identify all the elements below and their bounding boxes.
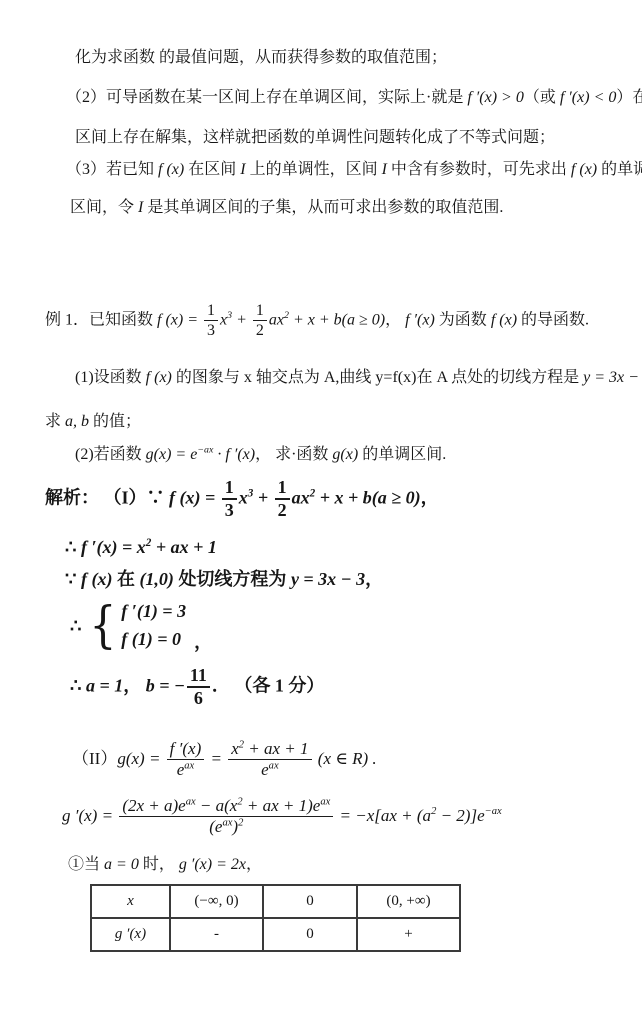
solution-line-1: 解析： （I）∵ f (x) = 13x3 + 12ax2 + x + b(a … [45, 478, 439, 521]
because-symbol: ∵ [65, 569, 81, 589]
text-run: ， [365, 569, 383, 589]
equation-system: ∴ { f ′(1) = 3 f (1) = 0 ， [70, 598, 212, 654]
math-run: f (x) [81, 569, 112, 589]
exponent: ax [320, 796, 330, 807]
fraction-derivative: (2x + a)eax − a(x2 + ax + 1)eax(eax)2 [119, 797, 333, 837]
math-run: a = 1 [86, 676, 123, 696]
math-run: = −x[ax + (a [335, 806, 431, 825]
math-run: + x + b(a ≥ 0) [315, 488, 420, 508]
math-run: f ′(x) = x [81, 537, 146, 557]
text-run: ， [246, 856, 262, 873]
text-run: 的导函数. [517, 311, 589, 328]
text-run: (1)设函数 [75, 369, 146, 386]
text-run: ， 求·函数 [255, 446, 332, 463]
math-run: − 2)]e [436, 806, 484, 825]
solution-line-2: ∴ f ′(x) = x2 + ax + 1 [65, 536, 217, 559]
fraction-denominator: 3 [222, 500, 237, 520]
text-run: 的单调区间. [358, 446, 446, 463]
fraction-numerator: (2x + a)eax − a(x2 + ax + 1)eax [119, 797, 333, 817]
text-run: 为函数 [435, 311, 491, 328]
fraction-one-half: 12 [275, 478, 290, 521]
math-run: f (x) [491, 311, 517, 328]
system-equations: f ′(1) = 3 f (1) = 0 [121, 598, 186, 654]
fraction-denominator: 3 [204, 321, 218, 339]
fraction-one-half: 12 [253, 302, 267, 340]
sign-table: x (−∞, 0) 0 (0, +∞) g ′(x) - 0 + [90, 884, 461, 952]
fraction-one-third: 13 [204, 302, 218, 340]
text-run: 区间上存在解集，这样就把函数的单调性问题转化成了不等式问题； [75, 129, 555, 146]
text-run: ， [421, 488, 439, 508]
math-run: g ′(x) = [62, 806, 117, 825]
text-run: 的值； [89, 413, 141, 430]
math-run: (x ∈ R) . [314, 749, 377, 768]
table-cell-sign-negative: - [170, 918, 263, 951]
math-run: x [231, 739, 239, 758]
text-run: 时， [139, 856, 179, 873]
solution2-line-1: （II）g(x) = f ′(x)eax = x2 + ax + 1eax (x… [72, 740, 377, 780]
therefore-symbol: ∴ [70, 615, 81, 638]
text-run: ， [194, 631, 212, 654]
text-run: 是其单调区间的子集，从而可求出参数的取值范围. [143, 199, 503, 216]
text-run: 求 [45, 413, 65, 430]
exponent: −ax [197, 445, 213, 456]
fraction-denominator: 6 [187, 688, 210, 708]
text-run: （2）可导函数在某一区间上存在单调区间，实际上·就是 [66, 89, 467, 106]
math-run: = [206, 749, 226, 768]
math-run: + ax + 1)e [243, 796, 321, 815]
therefore-symbol: ∴ [70, 676, 86, 696]
math-run: x [239, 488, 248, 508]
text-run: ． [212, 676, 235, 696]
math-run: f (x) [158, 161, 184, 178]
exponent: ax [186, 796, 196, 807]
solution-line-3: ∵ f (x) 在 (1,0) 处切线方程为 y = 3x − 3， [65, 568, 383, 591]
example-line-3: 求 a, b 的值； [45, 412, 141, 432]
example-line-2: (1)设函数 f (x) 的图象与 x 轴交点为 A,曲线 y=f(x)在 A … [75, 368, 642, 388]
text-run: 的单调 [597, 161, 642, 178]
text-run: 区间，令 [70, 199, 138, 216]
because-symbol: ∵ [147, 488, 170, 508]
text-run: ， [385, 311, 405, 328]
solution-result-line: ∴ a = 1， b = −116． （各 1 分） [70, 666, 324, 709]
fraction-numerator: 1 [222, 478, 237, 500]
part-label: （II） [72, 749, 117, 768]
math-run: y = 3x − 3 [583, 369, 642, 386]
solution-label: 解析： [45, 488, 104, 508]
math-run: − a(x [196, 796, 238, 815]
fraction-one-third: 13 [222, 478, 237, 521]
text-run: 例 1．已知函数 [45, 311, 157, 328]
math-run: g(x) = [117, 749, 164, 768]
system-equation-bottom: f (1) = 0 [121, 626, 186, 654]
case-label: ①当 [68, 856, 104, 873]
text-run: 上的单调性，区间 [246, 161, 382, 178]
table-cell-interval-negative: (−∞, 0) [170, 885, 263, 918]
math-run: e [261, 760, 269, 779]
score-note: （各 1 分） [234, 676, 324, 696]
table-row: x (−∞, 0) 0 (0, +∞) [91, 885, 460, 918]
text-run: (2)若函数 [75, 446, 146, 463]
table-cell-x-header: x [91, 885, 170, 918]
math-run: a, b [65, 413, 89, 430]
fraction-numerator: 1 [275, 478, 290, 500]
fraction-denominator: 2 [253, 321, 267, 339]
math-run: f ′(x) > 0 [467, 89, 524, 106]
example-line-4: (2)若函数 g(x) = e−ax · f ′(x)， 求·函数 g(x) 的… [75, 445, 446, 465]
exponent: 2 [238, 818, 243, 829]
math-run: g(x) = e [146, 446, 198, 463]
exponent: ax [222, 818, 232, 829]
math-run: f (x) [146, 369, 172, 386]
intro-line-2: （2）可导函数在某一区间上存在单调区间，实际上·就是 f ′(x) > 0（或 … [66, 88, 642, 108]
part-label: （I） [104, 488, 147, 508]
math-run: b = − [146, 676, 185, 696]
fraction-numerator: 1 [204, 302, 218, 321]
table-cell-zero: 0 [263, 885, 357, 918]
table-row: g ′(x) - 0 + [91, 918, 460, 951]
left-brace: { [90, 603, 117, 648]
math-run: f (x) [571, 161, 597, 178]
math-run: ax [292, 488, 310, 508]
intro-line-4: （3）若已知 f (x) 在区间 I 上的单调性，区间 I 中含有参数时，可先求… [66, 160, 642, 180]
text-run: ）在该 [616, 89, 642, 106]
math-run: (2x + a)e [122, 796, 185, 815]
therefore-symbol: ∴ [65, 537, 81, 557]
math-run: + [232, 311, 251, 328]
math-run: g ′(x) = 2x [179, 856, 246, 873]
math-run: + ax + 1 [244, 739, 309, 758]
table-cell-gprime-header: g ′(x) [91, 918, 170, 951]
text-run: 化为求函数 的最值问题，从而获得参数的取值范围； [75, 49, 447, 66]
exponent: ax [184, 761, 194, 772]
document-page: 化为求函数 的最值问题，从而获得参数的取值范围； （2）可导函数在某一区间上存在… [0, 0, 642, 1030]
fraction-denominator: 2 [275, 500, 290, 520]
math-run: a = 0 [104, 856, 139, 873]
text-run: 的图象与 x 轴交点为 A,曲线 y=f(x)在 A 点处的切线方程是 [172, 369, 583, 386]
text-run: （或 [524, 89, 560, 106]
fraction-gx-definition: f ′(x)eax [167, 740, 205, 780]
text-run: 在 [112, 569, 139, 589]
math-run: + ax + 1 [151, 537, 217, 557]
fraction-numerator: x2 + ax + 1 [228, 740, 311, 760]
text-run: 处切线方程为 [174, 569, 291, 589]
fraction-denominator: eax [167, 760, 205, 779]
intro-line-3: 区间上存在解集，这样就把函数的单调性问题转化成了不等式问题； [75, 128, 555, 148]
text-run: （3）若已知 [66, 161, 158, 178]
solution2-line-2: g ′(x) = (2x + a)eax − a(x2 + ax + 1)eax… [62, 797, 502, 837]
math-run: f ′(x) < 0 [560, 89, 617, 106]
math-run: f (x) = [157, 311, 202, 328]
math-run: · f ′(x) [213, 446, 255, 463]
fraction-eleven-sixths: 116 [187, 666, 210, 709]
exponent: ax [269, 761, 279, 772]
fraction-gx-expanded: x2 + ax + 1eax [228, 740, 311, 780]
solution-system-line: ∴ { f ′(1) = 3 f (1) = 0 ， [70, 598, 212, 654]
fraction-denominator: eax [228, 760, 311, 779]
table-cell-interval-positive: (0, +∞) [357, 885, 460, 918]
math-run: f (x) = [169, 488, 220, 508]
math-run: + [253, 488, 272, 508]
math-run: (1,0) [139, 569, 174, 589]
solution2-line-3: ①当 a = 0 时， g ′(x) = 2x， [68, 855, 262, 875]
fraction-numerator: f ′(x) [167, 740, 205, 760]
text-run: 在区间 [184, 161, 240, 178]
fraction-denominator: (eax)2 [119, 817, 333, 836]
math-run: (e [209, 817, 222, 836]
system-equation-top: f ′(1) = 3 [121, 598, 186, 626]
math-run: y = 3x − 3 [291, 569, 365, 589]
example-line-1: 例 1．已知函数 f (x) = 13x3 + 12ax2 + x + b(a … [45, 302, 589, 340]
math-run: ax [269, 311, 284, 328]
exponent: −ax [485, 806, 502, 817]
intro-line-5: 区间，令 I 是其单调区间的子集，从而可求出参数的取值范围. [70, 198, 503, 218]
table-cell-sign-positive: + [357, 918, 460, 951]
fraction-numerator: 11 [187, 666, 210, 688]
table-cell-sign-zero: 0 [263, 918, 357, 951]
text-run: 中含有参数时，可先求出 [387, 161, 571, 178]
fraction-numerator: 1 [253, 302, 267, 321]
text-run: ， [123, 676, 146, 696]
math-run: f ′(x) [405, 311, 435, 328]
intro-line-1: 化为求函数 的最值问题，从而获得参数的取值范围； [75, 48, 447, 68]
math-run: + x + b(a ≥ 0) [289, 311, 385, 328]
math-run: g(x) [332, 446, 358, 463]
